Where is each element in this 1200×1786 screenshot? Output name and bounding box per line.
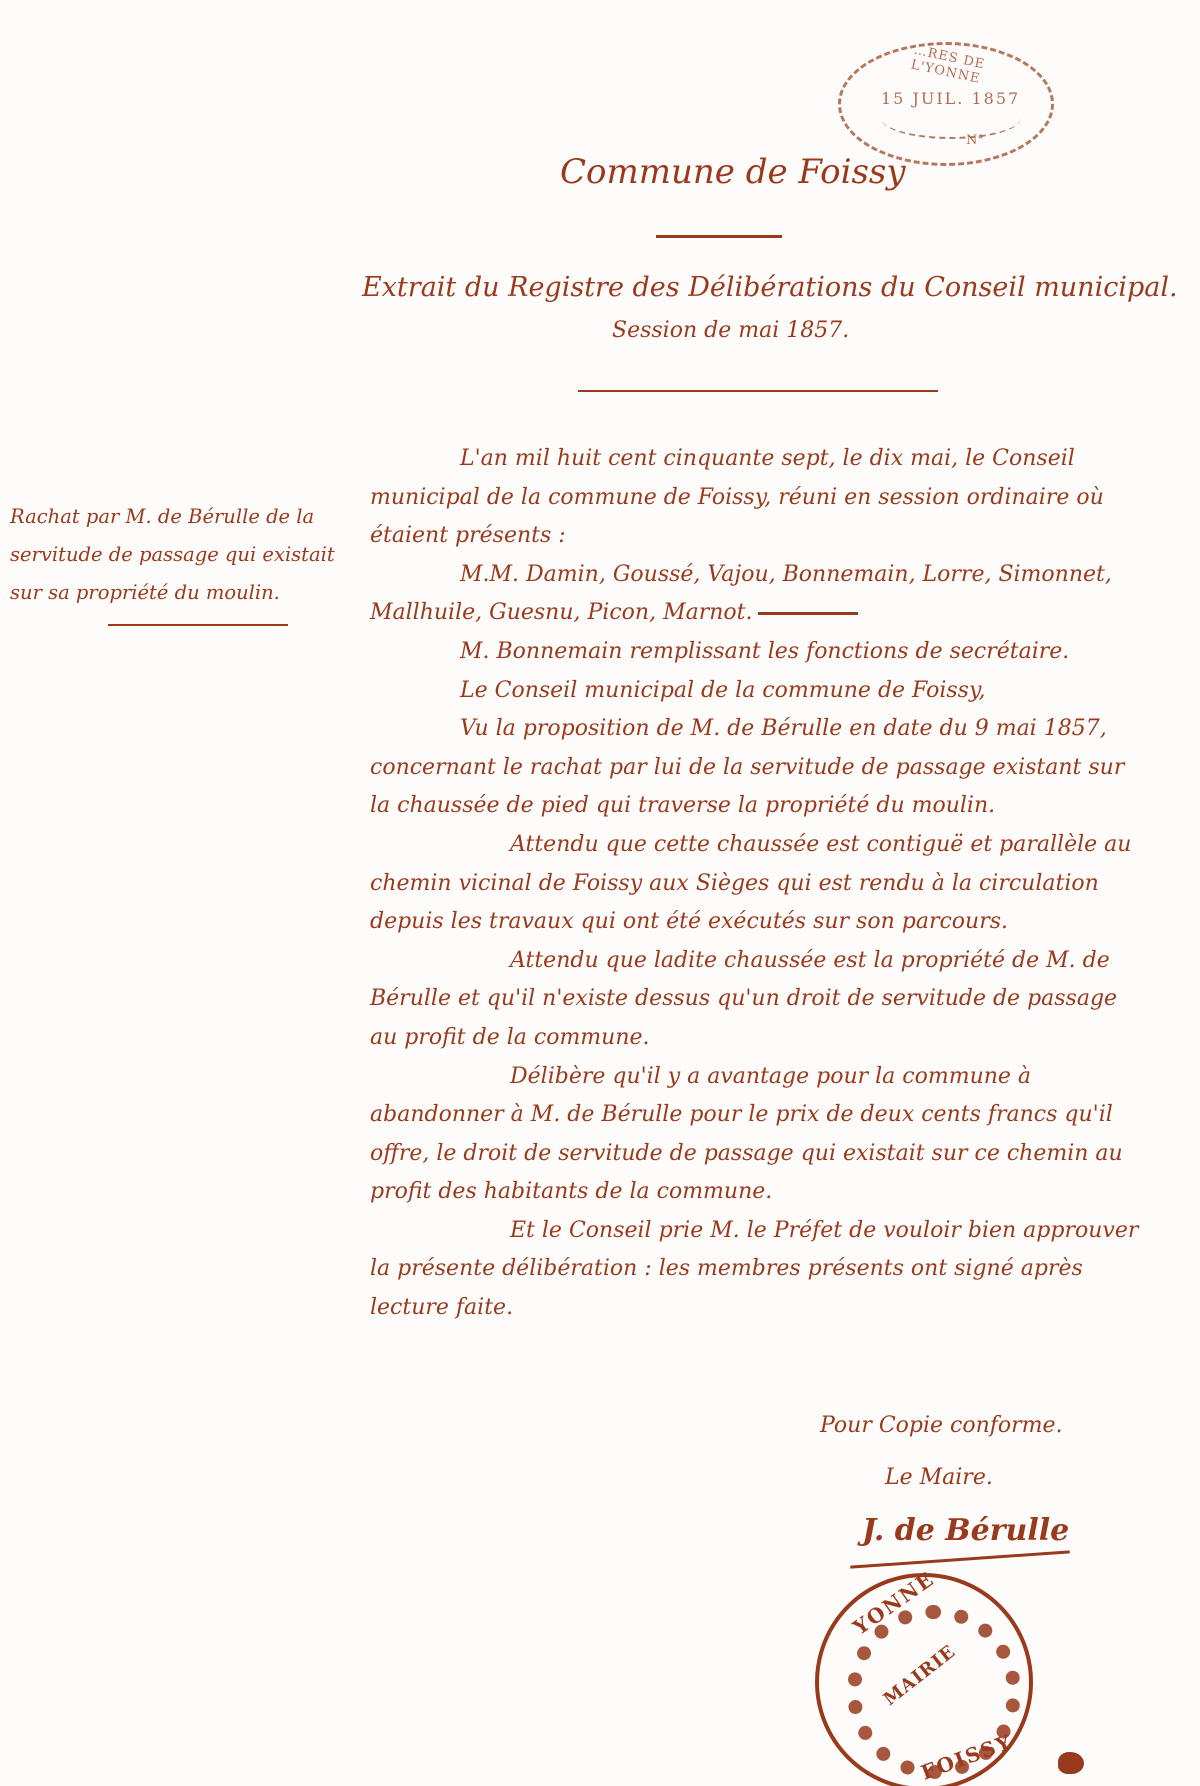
signature-flourish	[850, 1550, 1070, 1568]
margin-note: Rachat par M. de Bérulle de la servitude…	[10, 498, 355, 612]
paragraph-proposal: Vu la proposition de M. de Bérulle en da…	[370, 710, 1140, 826]
paragraph-secretary: M. Bonnemain remplissant les fonctions d…	[370, 633, 1140, 672]
document-title: Commune de Foissy	[560, 152, 906, 192]
receipt-stamp-number: N°	[966, 133, 984, 148]
paragraph-opening: L'an mil huit cent cinquante sept, le di…	[370, 440, 1140, 556]
mayor-signature: J. de Bérulle	[862, 1513, 1069, 1548]
members-list: M.M. Damin, Goussé, Vajou, Bonnemain, Lo…	[370, 562, 1112, 626]
session-line: Session de mai 1857.	[612, 318, 849, 343]
receipt-stamp-inner-arc	[881, 97, 1021, 139]
mayor-label: Le Maire.	[885, 1465, 993, 1490]
members-line-dash	[758, 612, 858, 615]
paragraph-deliberation: Délibère qu'il y a avantage pour la comm…	[370, 1058, 1140, 1212]
margin-note-divider	[108, 624, 288, 626]
receipt-stamp: …RES DE L'YONNE 15 JUIL. 1857 N°	[838, 42, 1054, 166]
mairie-seal: YONNE MAIRIE FOISSY	[815, 1573, 1033, 1786]
paragraph-whereas-1: Attendu que cette chaussée est contiguë …	[370, 826, 1140, 942]
paragraph-conclusion: Et le Conseil prie M. le Préfet de voulo…	[370, 1212, 1140, 1328]
closing-certification: Pour Copie conforme.	[820, 1413, 1063, 1438]
document-subtitle: Extrait du Registre des Délibérations du…	[362, 272, 1178, 303]
title-divider	[656, 235, 782, 238]
deliberation-body: L'an mil huit cent cinquante sept, le di…	[370, 440, 1140, 1328]
paragraph-whereas-2: Attendu que ladite chaussée est la propr…	[370, 942, 1140, 1058]
paragraph-members: M.M. Damin, Goussé, Vajou, Bonnemain, Lo…	[370, 556, 1140, 633]
ink-blot	[1058, 1752, 1084, 1774]
subtitle-divider	[578, 390, 938, 392]
paragraph-council: Le Conseil municipal de la commune de Fo…	[370, 672, 1140, 711]
